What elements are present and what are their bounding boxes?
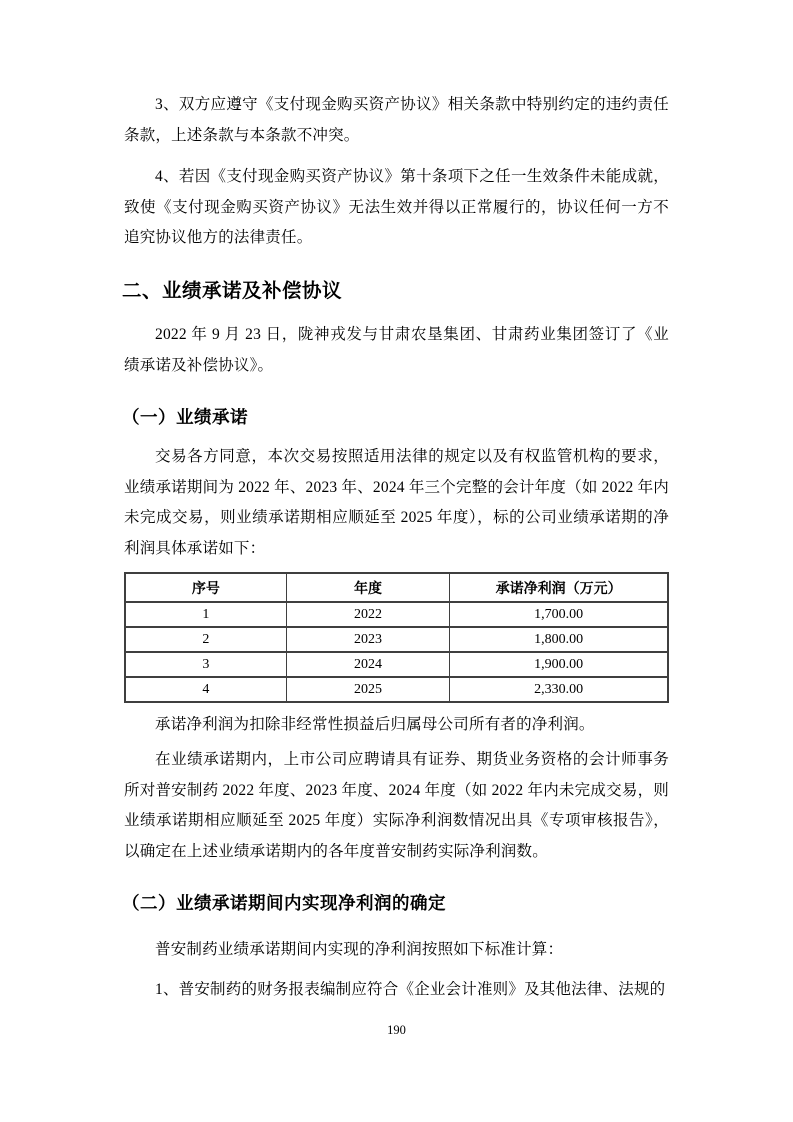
paragraph-audit-requirement: 在业绩承诺期内，上市公司应聘请具有证券、期货业务资格的会计师事务所对普安制药 2… bbox=[124, 745, 669, 867]
paragraph-clause-4: 4、若因《支付现金购买资产协议》第十条项下之任一生效条件未能成就，致使《支付现金… bbox=[124, 162, 669, 254]
subsection-heading-net-profit-determination: （二）业绩承诺期间内实现净利润的确定 bbox=[122, 892, 667, 914]
table-header-index: 序号 bbox=[125, 573, 286, 602]
table-header-year: 年度 bbox=[286, 573, 449, 602]
cell-profit: 2,330.00 bbox=[450, 677, 668, 702]
cell-index: 4 bbox=[125, 677, 286, 702]
cell-year: 2022 bbox=[286, 602, 449, 627]
page-number: 190 bbox=[0, 1022, 793, 1038]
cell-year: 2024 bbox=[286, 652, 449, 677]
paragraph-clause-3: 3、双方应遵守《支付现金购买资产协议》相关条款中特别约定的违约责任条款，上述条款… bbox=[124, 90, 669, 151]
table-row: 3 2024 1,900.00 bbox=[125, 652, 668, 677]
table-row: 2 2023 1,800.00 bbox=[125, 627, 668, 652]
paragraph-calculation-item-1: 1、普安制药的财务报表编制应符合《企业会计准则》及其他法律、法规的 bbox=[124, 975, 669, 1006]
table-row: 1 2022 1,700.00 bbox=[125, 602, 668, 627]
document-page: 3、双方应遵守《支付现金购买资产协议》相关条款中特别约定的违约责任条款，上述条款… bbox=[0, 0, 793, 1122]
cell-year: 2025 bbox=[286, 677, 449, 702]
cell-profit: 1,900.00 bbox=[450, 652, 668, 677]
cell-profit: 1,800.00 bbox=[450, 627, 668, 652]
paragraph-signing-date: 2022 年 9 月 23 日，陇神戎发与甘肃农垦集团、甘肃药业集团签订了《业绩… bbox=[124, 320, 669, 381]
section-heading-performance-commitment-agreement: 二、业绩承诺及补偿协议 bbox=[122, 279, 667, 303]
cell-index: 1 bbox=[125, 602, 286, 627]
paragraph-calculation-intro: 普安制药业绩承诺期间内实现的净利润按照如下标准计算： bbox=[124, 935, 669, 966]
table-row: 4 2025 2,330.00 bbox=[125, 677, 668, 702]
subsection-heading-performance-commitment: （一）业绩承诺 bbox=[122, 406, 667, 428]
cell-year: 2023 bbox=[286, 627, 449, 652]
paragraph-net-profit-definition: 承诺净利润为扣除非经常性损益后归属母公司所有者的净利润。 bbox=[124, 710, 669, 741]
paragraph-commitment-intro: 交易各方同意，本次交易按照适用法律的规定以及有权监管机构的要求，业绩承诺期间为 … bbox=[124, 442, 669, 564]
cell-index: 3 bbox=[125, 652, 286, 677]
cell-profit: 1,700.00 bbox=[450, 602, 668, 627]
committed-net-profit-table: 序号 年度 承诺净利润（万元） 1 2022 1,700.00 2 2023 1… bbox=[124, 572, 669, 703]
cell-index: 2 bbox=[125, 627, 286, 652]
table-header-committed-profit: 承诺净利润（万元） bbox=[450, 573, 668, 602]
table-header-row: 序号 年度 承诺净利润（万元） bbox=[125, 573, 668, 602]
